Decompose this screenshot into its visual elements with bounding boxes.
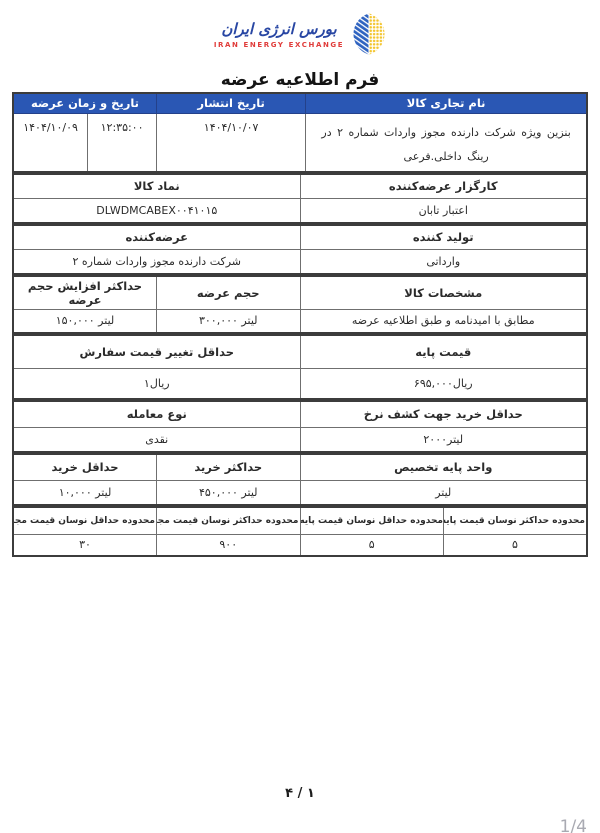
value-min-base-fluctuation: ۵ [300,534,444,556]
value-supply-volume: لیتر ۳۰۰,۰۰۰ [157,309,301,333]
allocation-table: واحد پایه تخصیص حداکثر خرید حداقل خرید ل… [12,453,588,506]
header-max-allowed-fluctuation: محدوده حداکثر نوسان قیمت مجاز [157,507,301,534]
value-symbol: DLWDMCABEX۰۰۴۱۰۱۵ [13,199,300,223]
table-value-row: ۵ ۵ ۹۰۰ ۳۰ [13,534,587,556]
table-value-row: مطابق با امیدنامه و طبق اطلاعیه عرضه لیت… [13,309,587,333]
table-header-row: نام تجاری کالا تاریخ انتشار تاریخ و زمان… [13,93,587,113]
header-min-buy: حداقل خرید [13,454,157,480]
table-value-row: اعتبار تابان DLWDMCABEX۰۰۴۱۰۱۵ [13,199,587,223]
table-value-row: بنزین ویژه شرکت دارنده مجوز واردات شماره… [13,113,587,172]
value-min-buy: لیتر ۱۰,۰۰۰ [13,480,157,505]
header-min-price-tick: حداقل تغییر قیمت سفارش [13,335,300,368]
brand-name-en: IRAN ENERGY EXCHANGE [214,41,344,49]
table-header-row: تولید کننده عرضه‌کننده [13,225,587,250]
form-title: فرم اطلاعیه عرضه [0,68,600,92]
value-supply-time: ۱۲:۳۵:۰۰ [88,113,157,172]
value-max-allowed-fluctuation: ۹۰۰ [157,534,301,556]
value-commodity-name: بنزین ویژه شرکت دارنده مجوز واردات شماره… [306,113,587,172]
value-commodity-specs: مطابق با امیدنامه و طبق اطلاعیه عرضه [300,309,587,333]
header-max-base-fluctuation: محدوده حداکثر نوسان قیمت پایه [444,507,588,534]
table-value-row: لیتر۲۰۰۰ نقدی [13,427,587,452]
value-min-allowed-fluctuation: ۳۰ [13,534,157,556]
brand-name-fa: بورس انرژی ایران [221,20,336,38]
header-publish-date: تاریخ انتشار [157,93,306,113]
symbol-code: DLWDMCABEX۰۰۴۱۰۱۵ [96,204,217,217]
trade-type-table: حداقل خرید جهت کشف نرخ نوع معامله لیتر۲۰… [12,400,588,453]
header-supplier: عرضه‌کننده [13,225,300,250]
header-commodity-name: نام تجاری کالا [306,93,587,113]
supply-announcement-table: نام تجاری کالا تاریخ انتشار تاریخ و زمان… [12,92,588,173]
specs-volume-table: مشخصات کالا حجم عرضه حداکثر افزایش حجم ع… [12,275,588,335]
header-commodity-specs: مشخصات کالا [300,276,587,310]
value-max-volume-increase: لیتر ۱۵۰,۰۰۰ [13,309,157,333]
value-max-base-fluctuation: ۵ [444,534,588,556]
exchange-logo: بورس انرژی ایران IRAN ENERGY EXCHANGE [0,0,600,58]
header-min-allowed-fluctuation: محدوده حداقل نوسان قیمت مجاز [13,507,157,534]
table-value-row: ریال۶۹۵,۰۰۰ ریال۱ [13,368,587,399]
table-header-row: حداقل خرید جهت کشف نرخ نوع معامله [13,401,587,427]
broker-symbol-table: کارگزار عرضه‌کننده نماد کالا اعتبار تابا… [12,173,588,224]
value-supply-date: ۱۴۰۴/۱۰/۰۹ [13,113,88,172]
value-broker: اعتبار تابان [300,199,587,223]
header-broker: کارگزار عرضه‌کننده [300,174,587,199]
header-min-base-fluctuation: محدوده حداقل نوسان قیمت پایه [300,507,444,534]
header-base-price: قیمت پایه [300,335,587,368]
header-trade-type: نوع معامله [13,401,300,427]
value-producer: وارداتی [300,250,587,274]
energy-exchange-emblem-icon [352,12,386,56]
header-supply-volume: حجم عرضه [157,276,301,310]
header-producer: تولید کننده [300,225,587,250]
value-allocation-unit: لیتر [300,480,587,505]
header-allocation-unit: واحد پایه تخصیص [300,454,587,480]
header-supply-datetime: تاریخ و زمان عرضه [13,93,157,113]
table-header-row: واحد پایه تخصیص حداکثر خرید حداقل خرید [13,454,587,480]
table-header-row: مشخصات کالا حجم عرضه حداکثر افزایش حجم ع… [13,276,587,310]
value-min-price-tick: ریال۱ [13,368,300,399]
header-max-volume-increase: حداکثر افزایش حجم عرضه [13,276,157,310]
form-page: بورس انرژی ایران IRAN ENERGY EXCHANGE فر… [0,0,600,833]
base-price-table: قیمت پایه حداقل تغییر قیمت سفارش ریال۶۹۵… [12,334,588,400]
value-min-discovery-buy: لیتر۲۰۰۰ [300,427,587,452]
value-trade-type: نقدی [13,427,300,452]
table-header-row: کارگزار عرضه‌کننده نماد کالا [13,174,587,199]
value-base-price: ریال۶۹۵,۰۰۰ [300,368,587,399]
table-header-row: قیمت پایه حداقل تغییر قیمت سفارش [13,335,587,368]
value-publish-date: ۱۴۰۴/۱۰/۰۷ [157,113,306,172]
header-max-buy: حداکثر خرید [157,454,301,480]
table-value-row: وارداتی شرکت دارنده مجوز واردات شماره ۲ [13,250,587,274]
page-number-latin: 1/4 [560,817,587,833]
value-supplier: شرکت دارنده مجوز واردات شماره ۲ [13,250,300,274]
header-symbol: نماد کالا [13,174,300,199]
table-header-row: محدوده حداکثر نوسان قیمت پایه محدوده حدا… [13,507,587,534]
table-value-row: لیتر لیتر ۴۵۰,۰۰۰ لیتر ۱۰,۰۰۰ [13,480,587,505]
page-number: ۱ / ۴ [0,786,600,801]
producer-supplier-table: تولید کننده عرضه‌کننده وارداتی شرکت دارن… [12,224,588,275]
value-max-buy: لیتر ۴۵۰,۰۰۰ [157,480,301,505]
price-fluctuation-table: محدوده حداکثر نوسان قیمت پایه محدوده حدا… [12,506,588,557]
logo-text-block: بورس انرژی ایران IRAN ENERGY EXCHANGE [214,20,344,49]
header-min-discovery-buy: حداقل خرید جهت کشف نرخ [300,401,587,427]
